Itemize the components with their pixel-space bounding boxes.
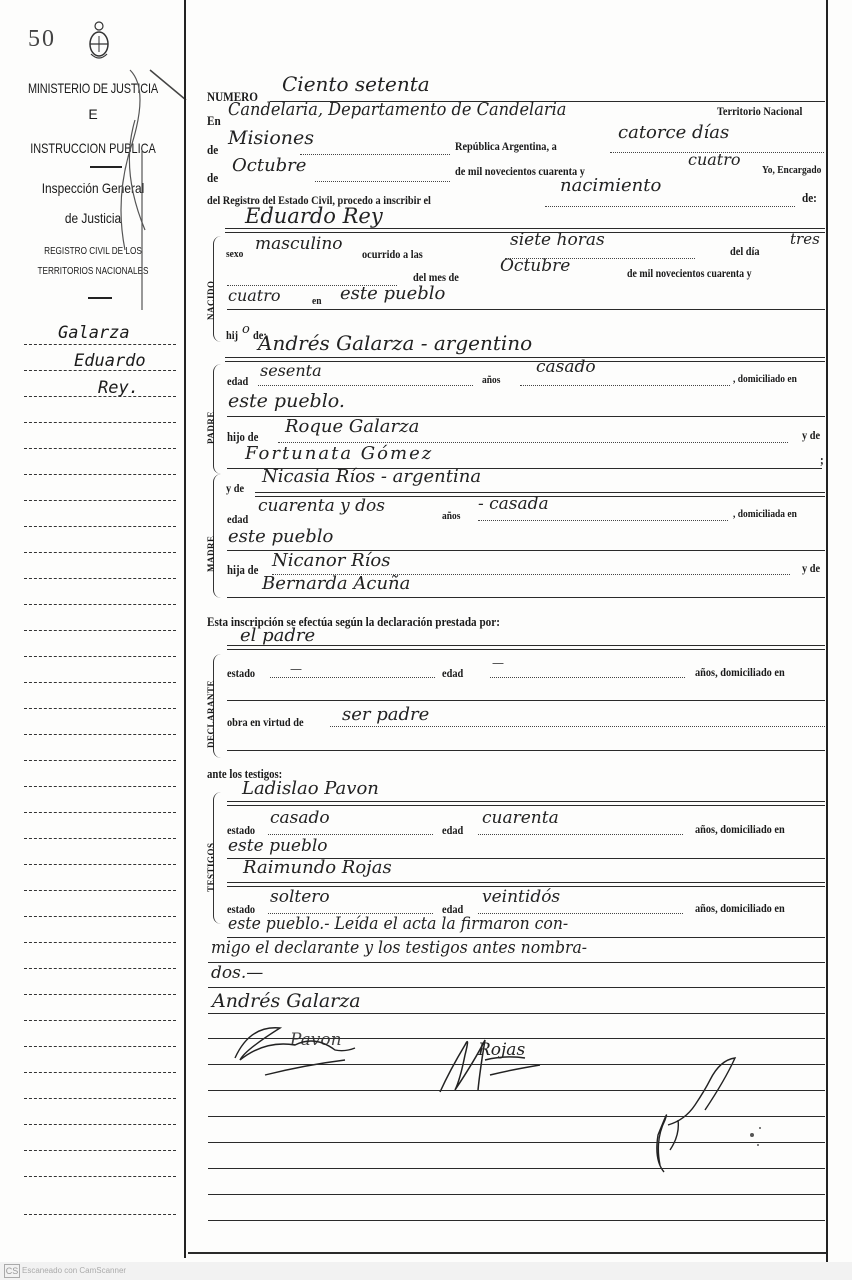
stub-rule xyxy=(24,656,176,657)
margin-given-name: Eduardo xyxy=(74,351,146,371)
father-name: Andrés Galarza - argentino xyxy=(258,331,532,355)
sexo-value: masculino xyxy=(255,234,343,254)
hija-de-label: hija de xyxy=(227,563,258,578)
province-value: Misiones xyxy=(228,127,314,149)
stub-rule xyxy=(24,1150,176,1151)
witness2-name: Raimundo Rojas xyxy=(243,857,392,878)
anio-value: cuatro xyxy=(228,286,281,305)
stub-divider xyxy=(184,0,186,1258)
witness2-status: soltero xyxy=(270,887,330,907)
stub-rule xyxy=(24,864,176,865)
father-age-value: sesenta xyxy=(260,361,322,380)
stub-rule xyxy=(24,1072,176,1073)
y-de-label: y de xyxy=(226,481,244,496)
fill-line xyxy=(300,154,450,155)
fill-line xyxy=(520,385,730,386)
stub-rule xyxy=(24,994,176,995)
stub-rule xyxy=(24,1046,176,1047)
fill-line xyxy=(478,520,728,521)
section-label-testigos: TESTIGOS xyxy=(206,842,216,892)
year-value: cuatro xyxy=(688,150,741,169)
edad-label: edad xyxy=(227,374,248,389)
stub-signature-icon xyxy=(90,30,190,310)
de-label: de xyxy=(207,170,218,186)
witness1-name: Ladislao Pavon xyxy=(242,778,379,799)
stub-rule xyxy=(24,708,176,709)
hora-label: ocurrido a las xyxy=(362,247,423,262)
domicilio-label: , domiciliada en xyxy=(733,508,797,520)
margin-stub: 50 MINISTERIO DE JUSTICIA E INSTRUCCION … xyxy=(0,0,186,1262)
double-rule xyxy=(227,645,825,650)
y-de-label: y de xyxy=(802,428,820,443)
underline xyxy=(208,1090,825,1091)
edad-label: edad xyxy=(442,823,463,838)
stub-rule xyxy=(24,968,176,969)
anios-label: años xyxy=(442,510,460,522)
stub-rule xyxy=(24,604,176,605)
en-label: en xyxy=(312,295,321,307)
stub-rule xyxy=(24,1020,176,1021)
y-de-label: y de xyxy=(802,561,820,576)
day-value: catorce días xyxy=(618,122,729,143)
page-bottom-rule xyxy=(188,1252,828,1254)
underline xyxy=(208,1220,825,1221)
declarant-status-value: — xyxy=(290,662,302,676)
declarant-signature: Andrés Galarza xyxy=(212,990,361,1012)
sexo-label: sexo xyxy=(226,248,243,260)
mother-status-value: - casada xyxy=(478,494,549,514)
margin-surname: Galarza xyxy=(58,323,130,343)
underline xyxy=(208,1168,825,1169)
camscanner-logo-icon: CS xyxy=(4,1264,20,1278)
stub-rule xyxy=(24,448,176,449)
stub-rule xyxy=(24,812,176,813)
anios-label: años xyxy=(482,374,500,386)
anios-domicilio-label: años, domiciliado en xyxy=(695,822,785,837)
underline xyxy=(227,597,825,598)
margin-second-name: Rey. xyxy=(98,378,139,398)
mother-address-value: este pueblo xyxy=(228,526,333,547)
mother-name: Nicasia Ríos - argentina xyxy=(262,466,481,487)
stub-rule xyxy=(24,396,176,397)
section-label-declarante: DECLARANTE xyxy=(206,680,216,748)
hijo-label: hij xyxy=(226,328,238,343)
encargado-label: Yo, Encargado xyxy=(762,164,821,176)
section-label-madre: MADRE xyxy=(206,536,216,573)
underline xyxy=(208,987,825,988)
act-type-value: nacimiento xyxy=(560,175,661,196)
scanner-footer xyxy=(0,1262,852,1280)
fill-line xyxy=(270,677,435,678)
form-right-border xyxy=(826,0,828,1262)
father-status-value: casado xyxy=(536,357,596,377)
stub-rule xyxy=(24,370,176,371)
stub-rule xyxy=(24,890,176,891)
estado-label: estado xyxy=(227,666,255,681)
section-label-nacido: NACIDO xyxy=(206,280,216,320)
stub-rule xyxy=(24,500,176,501)
stub-rule xyxy=(24,578,176,579)
month-value: Octubre xyxy=(232,155,306,176)
de-colon-label: de: xyxy=(802,190,817,206)
dia-label: del día xyxy=(730,244,760,259)
fill-line xyxy=(490,677,685,678)
page-number: 50 xyxy=(28,26,56,53)
stub-rule xyxy=(24,474,176,475)
underline xyxy=(208,962,825,963)
declarant-age-value: — xyxy=(492,656,504,670)
closing-line1: migo el declarante y los testigos antes … xyxy=(211,938,587,958)
double-rule xyxy=(227,801,825,806)
witness2-age: veintidós xyxy=(482,887,560,907)
place-value: Candelaria, Departamento de Candelaria xyxy=(228,99,566,120)
underline xyxy=(208,1038,825,1039)
stub-rule xyxy=(24,942,176,943)
closing-line2: dos.— xyxy=(211,963,263,983)
mother-age-value: cuarenta y dos xyxy=(258,496,385,516)
paternal-grandfather-value: Roque Galarza xyxy=(285,416,419,437)
stub-rule xyxy=(24,1124,176,1125)
hora-value: siete horas xyxy=(510,230,605,250)
witness2-signature: Rojas xyxy=(478,1040,525,1060)
witness1-status: casado xyxy=(270,808,330,828)
section-label-padre: PADRE xyxy=(206,411,216,444)
anio-label: de mil novecientos cuarenta y xyxy=(627,268,752,280)
semicolon: ; xyxy=(820,452,824,468)
obra-value: ser padre xyxy=(342,704,429,725)
paternal-grandmother-value: Fortunata Gómez xyxy=(245,443,433,464)
stub-rule xyxy=(24,786,176,787)
underline xyxy=(208,1194,825,1195)
stub-rule xyxy=(24,1214,176,1215)
declarant-value: el padre xyxy=(240,625,315,646)
stub-rule xyxy=(24,734,176,735)
en-label: En xyxy=(207,113,221,129)
hijo-gender-value: o xyxy=(242,322,250,337)
witness2-address-closing: este pueblo.- Leída el acta la firmaron … xyxy=(228,914,568,934)
anios-domicilio-label: años, domiciliado en xyxy=(695,901,785,916)
territorio-label: Territorio Nacional xyxy=(717,104,802,119)
de-label: de xyxy=(207,142,218,158)
stub-rule xyxy=(24,760,176,761)
anios-domicilio-label: años, domiciliado en xyxy=(695,665,785,680)
registrar-signature-icon xyxy=(650,1050,770,1190)
stub-rule xyxy=(24,630,176,631)
underline xyxy=(227,700,825,701)
fill-line xyxy=(258,385,473,386)
stub-rule xyxy=(24,526,176,527)
maternal-grandmother-value: Bernarda Acuña xyxy=(262,573,410,594)
stub-rule xyxy=(24,422,176,423)
obra-label: obra en virtud de xyxy=(227,715,304,730)
mes-value: Octubre xyxy=(500,256,570,276)
stub-rule xyxy=(24,838,176,839)
fill-line xyxy=(315,181,450,182)
edad-label: edad xyxy=(227,512,248,527)
underline xyxy=(208,1013,825,1014)
underline xyxy=(208,1116,825,1117)
underline xyxy=(227,750,825,751)
domicilio-label: , domiciliado en xyxy=(733,373,797,385)
witness1-signature: Pavon xyxy=(290,1030,342,1050)
birth-certificate-page: 50 MINISTERIO DE JUSTICIA E INSTRUCCION … xyxy=(0,0,852,1262)
stub-rule xyxy=(24,552,176,553)
fill-line xyxy=(268,834,433,835)
stub-rule xyxy=(24,344,176,345)
dia-value: tres xyxy=(790,230,820,248)
fill-line xyxy=(545,206,795,207)
edad-label: edad xyxy=(442,666,463,681)
stub-rule xyxy=(24,1098,176,1099)
underline xyxy=(208,1142,825,1143)
father-address-value: este pueblo. xyxy=(228,390,345,412)
stub-rule xyxy=(24,682,176,683)
stub-rule xyxy=(24,1176,176,1177)
witness1-age: cuarenta xyxy=(482,808,559,828)
fill-line xyxy=(478,834,683,835)
birthplace-value: este pueblo xyxy=(340,283,445,304)
republica-label: República Argentina, a xyxy=(455,139,557,154)
child-name: Eduardo Rey xyxy=(245,204,383,228)
maternal-grandfather-value: Nicanor Ríos xyxy=(272,550,390,571)
witness1-address: este pueblo xyxy=(228,836,328,856)
fill-line xyxy=(330,726,825,727)
underline xyxy=(208,1064,825,1065)
scanner-watermark: Escaneado con CamScanner xyxy=(22,1266,126,1275)
underline xyxy=(227,309,825,310)
numero-value: Ciento setenta xyxy=(282,72,430,96)
stub-rule xyxy=(24,916,176,917)
